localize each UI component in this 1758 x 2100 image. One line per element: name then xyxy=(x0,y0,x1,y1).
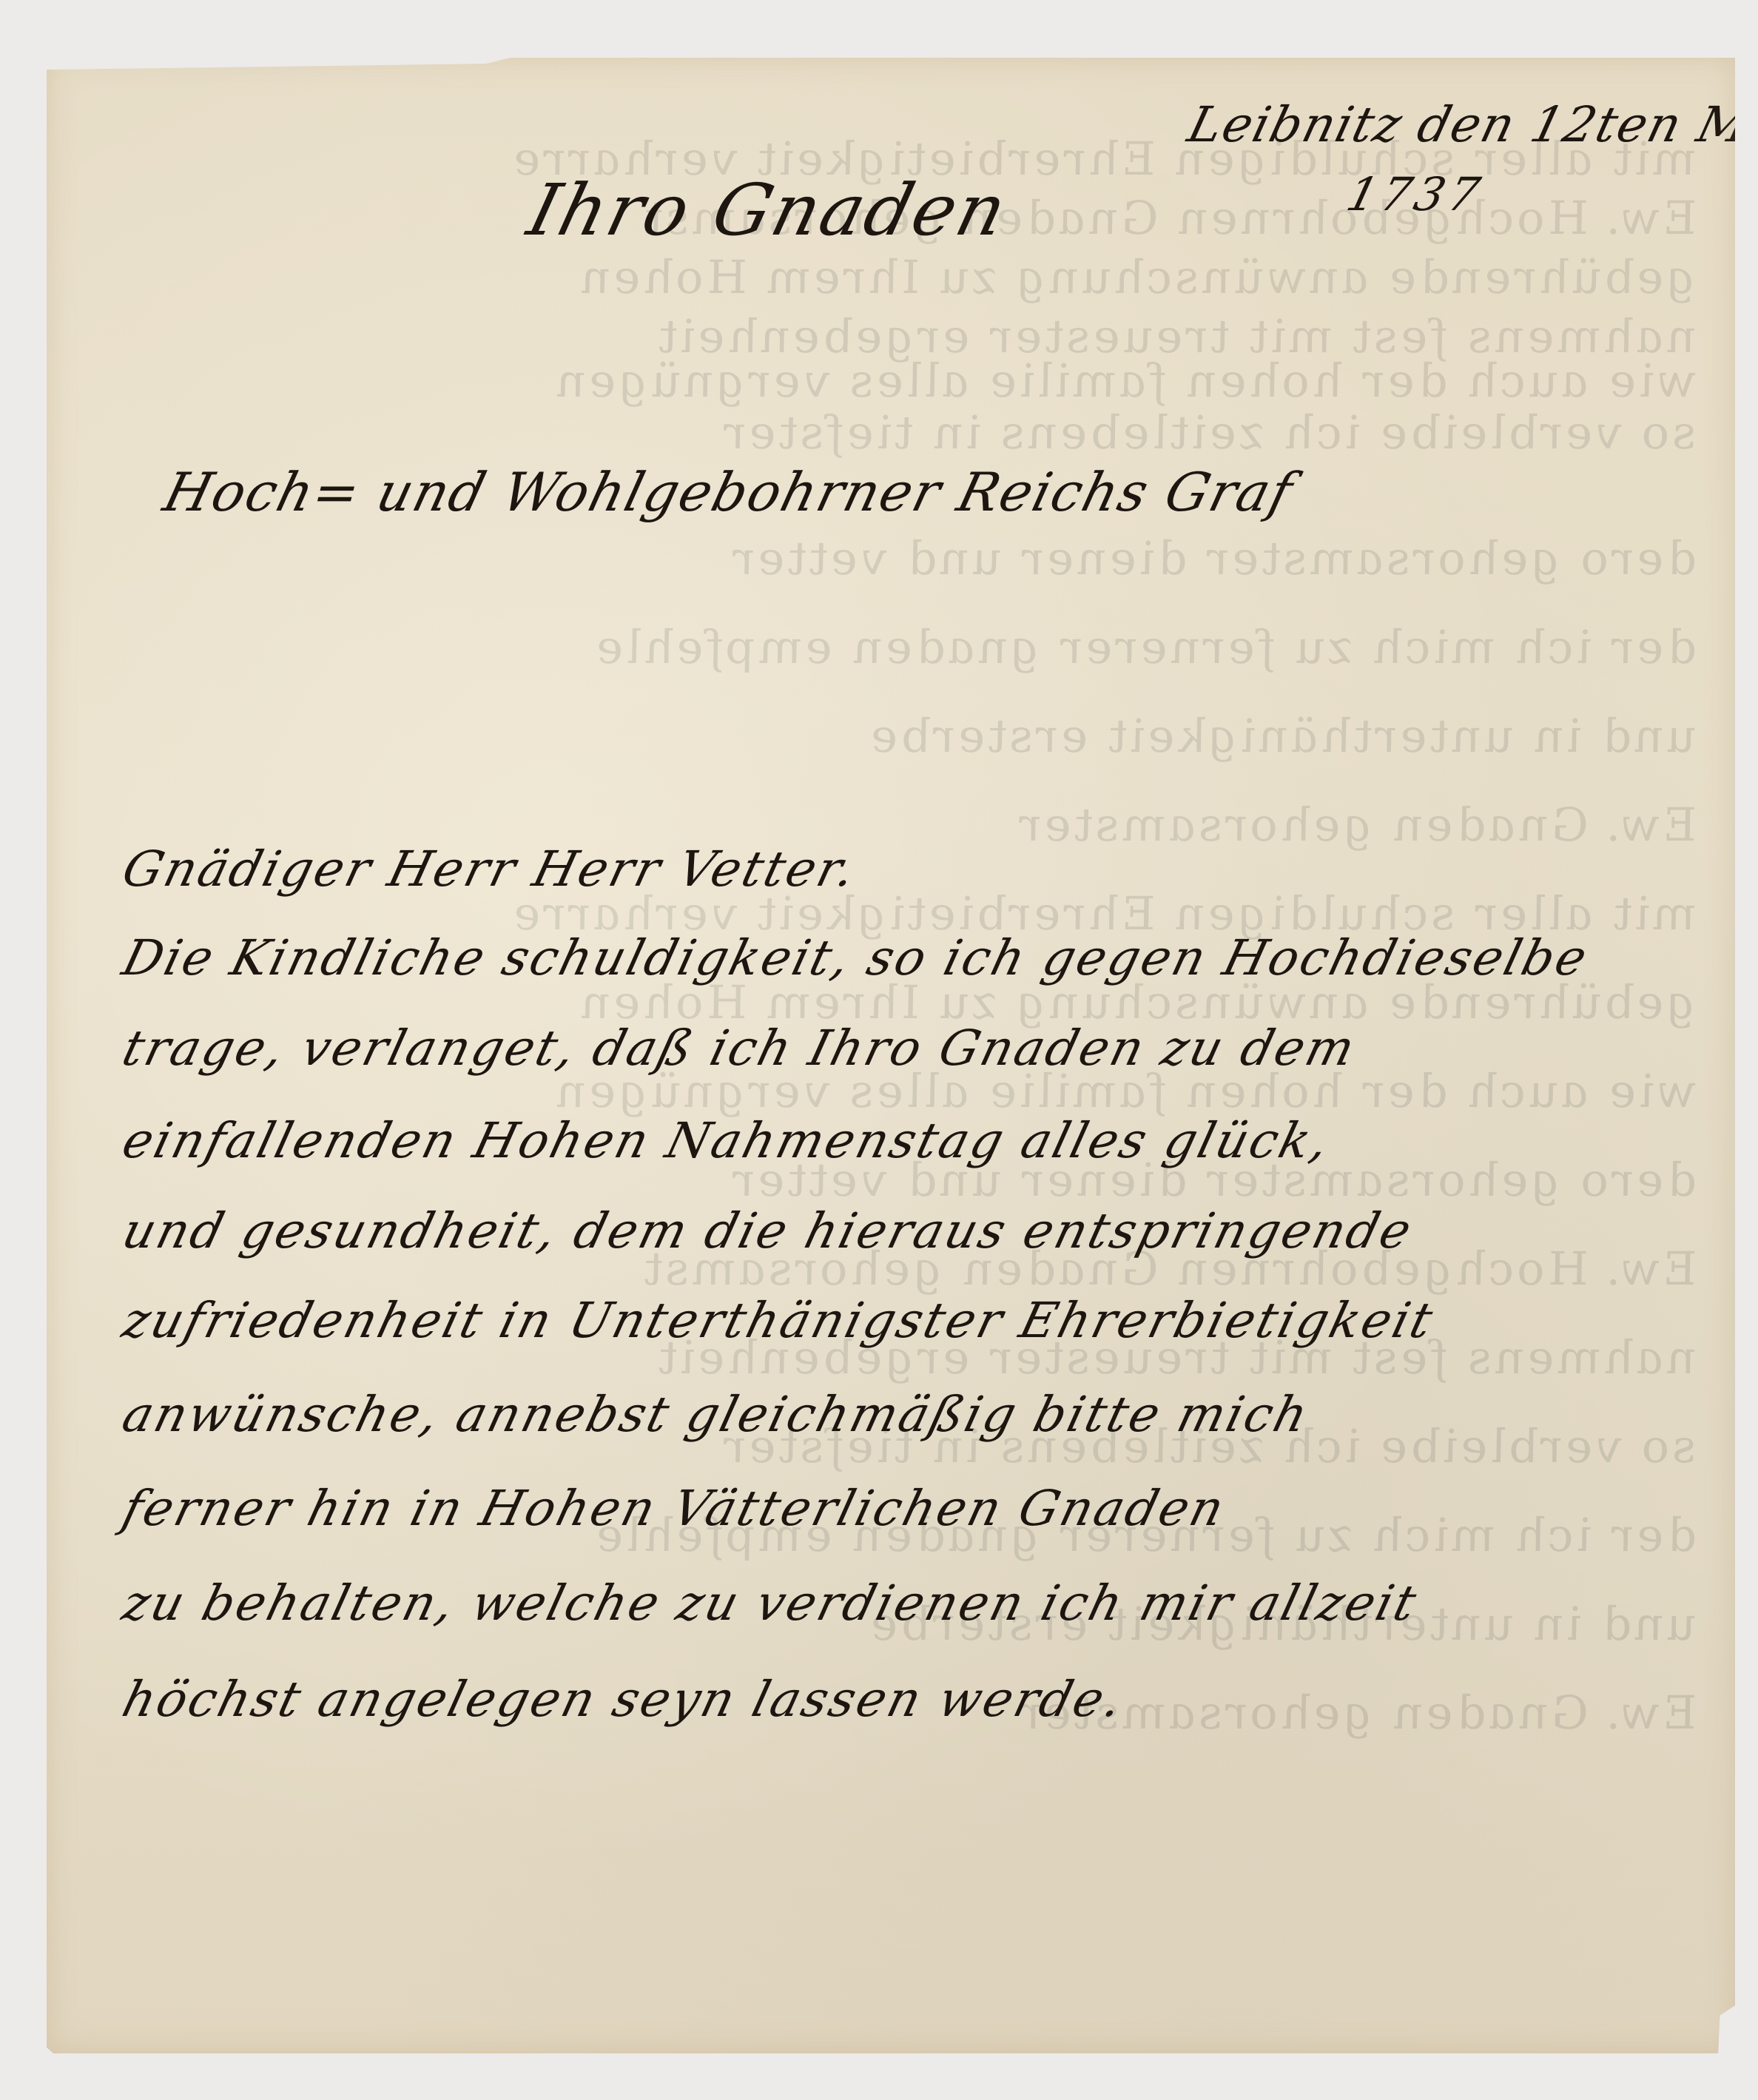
letter-body-line: und gesundheit, dem die hieraus entsprin… xyxy=(117,1202,1419,1259)
bleed-through-line: und in unterthänigkeit ersterbe xyxy=(100,709,1703,763)
letter-body-line: höchst angelegen seyn lassen werde. xyxy=(117,1671,1130,1728)
letter-body-line: ferner hin in Hohen Vätterlichen Gnaden xyxy=(117,1480,1232,1537)
letter-body-line: Gnädiger Herr Herr Vetter. xyxy=(117,841,863,898)
letter-addressee-title: Hoch= und Wohlgebohrner Reichs Graf xyxy=(158,461,1300,523)
bleed-through-line: so verbleibe ich zeitlebens in tiefster xyxy=(100,405,1703,460)
letter-body-line: trage, verlanget, daß ich Ihro Gnaden zu… xyxy=(117,1020,1362,1077)
letter-page: mit aller schuldigen Ehrerbietigkeit ver… xyxy=(47,58,1735,2053)
letter-body-line: anwünsche, annebst gleichmäßig bitte mic… xyxy=(117,1386,1316,1443)
bleed-through-line: der ich mich zu fernerer gnaden empfehle xyxy=(100,620,1703,674)
letter-salutation: Ihro Gnaden xyxy=(520,169,1017,252)
letter-body-line: Die Kindliche schuldigkeit, so ich gegen… xyxy=(117,929,1594,986)
bleed-through-line: gebührende anwünschung zu Ihrem Hohen xyxy=(100,250,1703,304)
bleed-through-line: dero gehorsamster diener und vetter xyxy=(100,531,1703,585)
letter-body-line: zufriedenheit in Unterthänigster Ehrerbi… xyxy=(117,1292,1441,1349)
letter-place-date: Leibnitz den 12ten Martii xyxy=(1182,96,1758,153)
letter-body-line: einfallenden Hohen Nahmenstag alles glüc… xyxy=(117,1112,1337,1169)
bleed-through-line: wie auch der hohen familie alles vergnüg… xyxy=(100,354,1703,408)
letter-body-line: zu behalten, welche zu verdienen ich mir… xyxy=(117,1575,1424,1632)
letter-year: 1737 xyxy=(1341,167,1489,221)
